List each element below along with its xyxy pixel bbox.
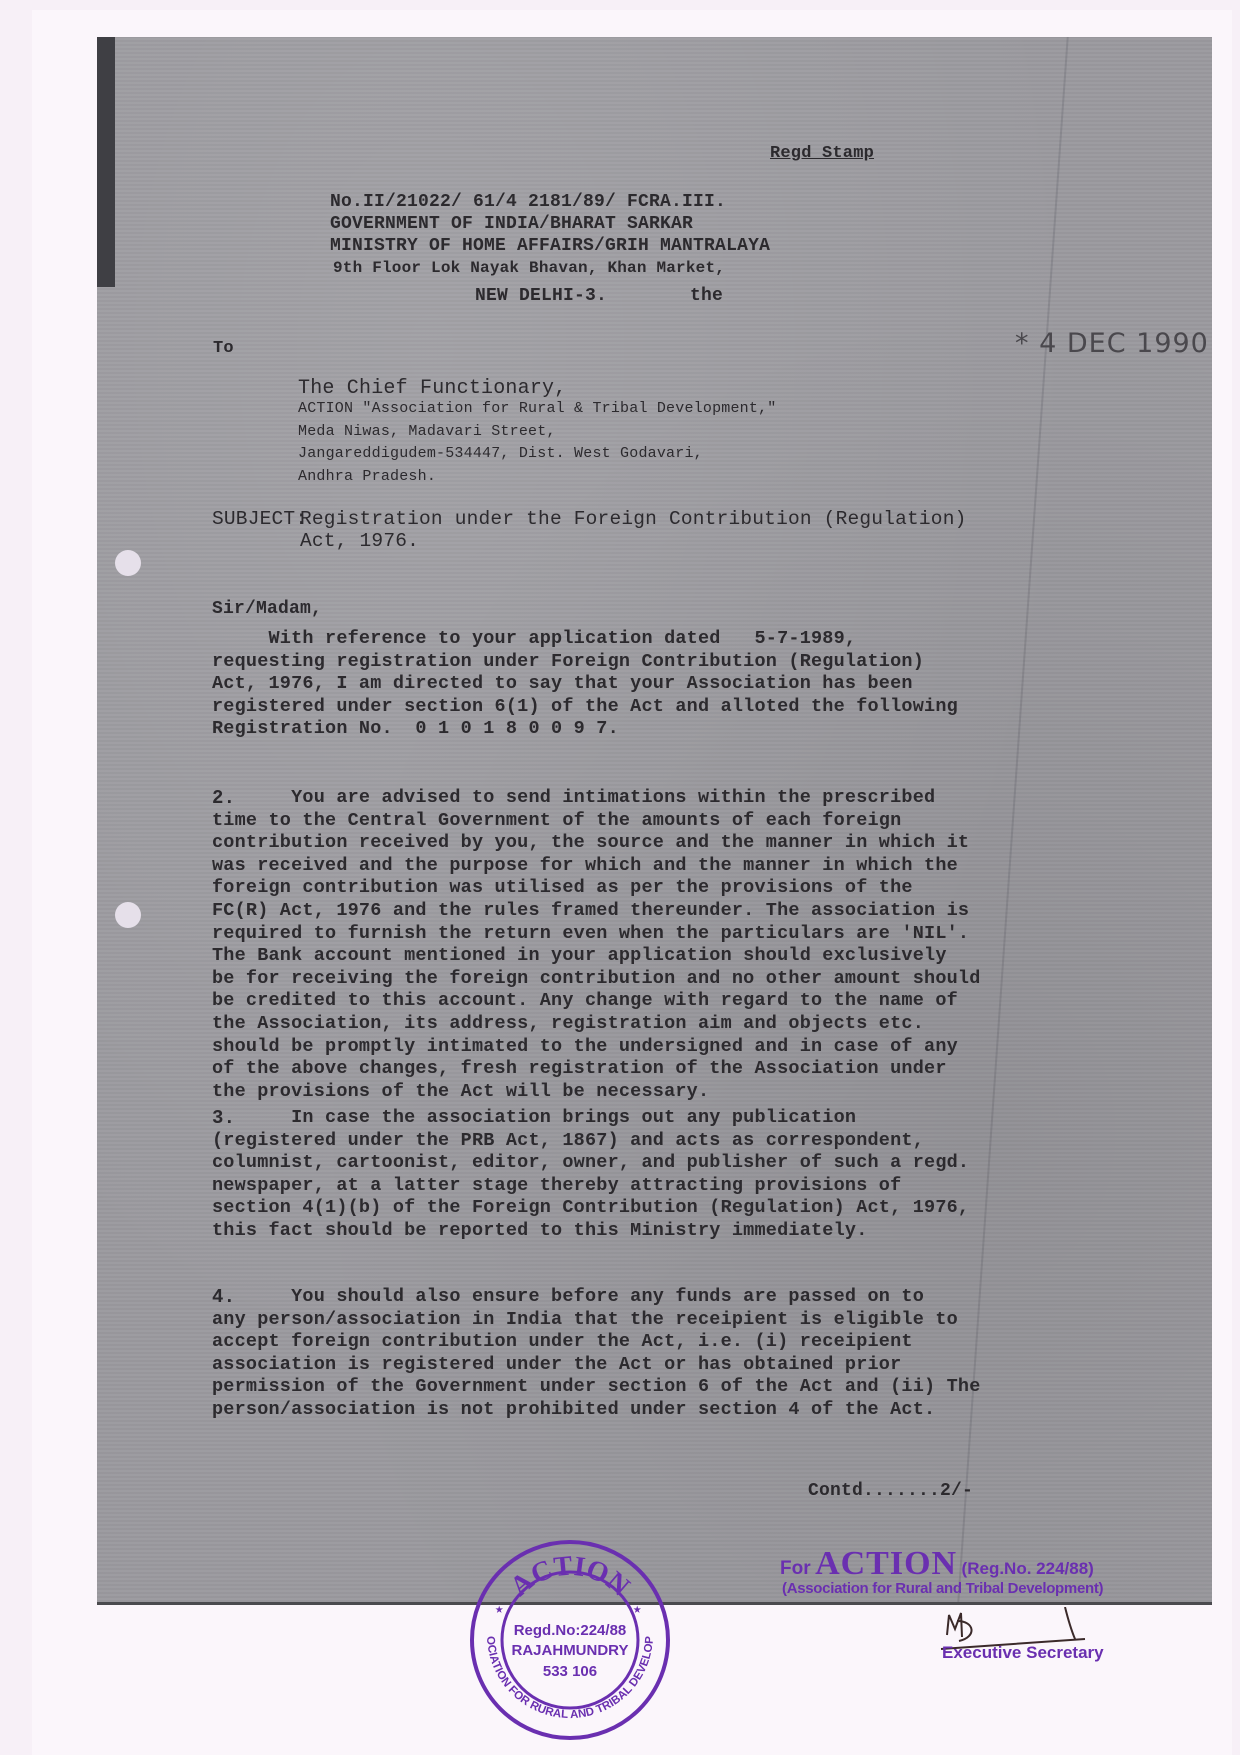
paragraph-line: columnist, cartoonist, editor, owner, an…: [212, 1152, 969, 1175]
addressee-line: Jangareddigudem-534447, Dist. West Godav…: [298, 443, 703, 466]
header-address: 9th Floor Lok Nayak Bhavan, Khan Market,: [333, 257, 725, 280]
header-city: NEW DELHI-3.: [475, 285, 607, 308]
paragraph-line: the Association, its address, registrati…: [212, 1013, 924, 1036]
paragraph-line: of the above changes, fresh registration…: [212, 1058, 947, 1081]
paragraph-line: section 4(1)(b) of the Foreign Contribut…: [212, 1197, 969, 1220]
paragraph-line: person/association is not prohibited und…: [212, 1399, 935, 1422]
date-stamp: * 4 DEC 1990: [1015, 328, 1209, 359]
org-reg-no: (Reg.No. 224/88): [962, 1559, 1094, 1578]
paragraph-line: foreign contribution was utilised as per…: [212, 877, 913, 900]
seal-pincode: 533 106: [543, 1663, 597, 1680]
paragraph-line: requesting registration under Foreign Co…: [212, 651, 924, 674]
paragraph-line: (registered under the PRB Act, 1867) and…: [212, 1130, 924, 1153]
paragraph-line: was received and the purpose for which a…: [212, 855, 958, 878]
seal-top-text: ACTION: [504, 1550, 635, 1602]
paragraph-line: newspaper, at a latter stage thereby att…: [212, 1175, 901, 1198]
paragraph-line: contribution received by you, the source…: [212, 832, 969, 855]
paragraph-line: registered under section 6(1) of the Act…: [212, 696, 958, 719]
fold-crease: [957, 37, 1068, 1602]
addressee-line: Andhra Pradesh.: [298, 466, 436, 489]
paragraph-line: be for receiving the foreign contributio…: [212, 968, 981, 991]
org-name: ACTION: [815, 1545, 957, 1582]
subject-line: Act, 1976.: [300, 530, 419, 553]
seal-city: RAJAHMUNDRY: [512, 1642, 629, 1659]
header-date-prefix: the: [690, 285, 723, 308]
registered-mark: Regd Stamp: [770, 143, 874, 166]
addressee-line: ACTION "Association for Rural & Tribal D…: [298, 398, 776, 421]
reference-number: No.II/21022/ 61/4 2181/89/ FCRA.III.: [330, 191, 726, 214]
paragraph-line: any person/association in India that the…: [212, 1309, 958, 1332]
punch-hole-icon: [115, 902, 141, 928]
paragraph-line: FC(R) Act, 1976 and the rules framed the…: [212, 900, 969, 923]
paragraph-line: time to the Central Government of the am…: [212, 810, 901, 833]
paragraph-line: this fact should be reported to this Min…: [212, 1220, 868, 1243]
continued-note: Contd.......2/-: [808, 1480, 973, 1503]
paragraph-line: accept foreign contribution under the Ac…: [212, 1331, 913, 1354]
organization-seal: ACTION ASSOCIATION FOR RURAL AND TRIBAL …: [465, 1535, 675, 1745]
attestation-stamp: For ACTION (Reg.No. 224/88): [780, 1545, 1094, 1583]
paragraph-line: You should also ensure before any funds …: [212, 1286, 924, 1309]
paragraph-line: the provisions of the Act will be necess…: [212, 1081, 709, 1104]
binding-mark: [97, 37, 115, 287]
paragraph-line: With reference to your application dated…: [212, 628, 856, 651]
star-icon: ★: [495, 1602, 504, 1618]
paragraph-line: be credited to this account. Any change …: [212, 990, 958, 1013]
paragraph-line: should be promptly intimated to the unde…: [212, 1036, 958, 1059]
org-full-name: (Association for Rural and Tribal Develo…: [782, 1580, 1103, 1597]
paragraph-line: You are advised to send intimations with…: [212, 787, 935, 810]
designation: Executive Secretary: [942, 1643, 1104, 1663]
header-ministry: MINISTRY OF HOME AFFAIRS/GRIH MANTRALAYA: [330, 235, 770, 258]
subject-label: SUBJECT:: [212, 508, 307, 531]
paragraph-line: permission of the Government under secti…: [212, 1376, 981, 1399]
to-label: To: [213, 338, 234, 361]
star-icon: ★: [633, 1602, 642, 1618]
subject-line: Registration under the Foreign Contribut…: [300, 508, 967, 531]
header-govt: GOVERNMENT OF INDIA/BHARAT SARKAR: [330, 213, 693, 236]
paragraph-line: association is registered under the Act …: [212, 1354, 901, 1377]
paragraph-line: Act, 1976, I am directed to say that you…: [212, 673, 913, 696]
paragraph-line: Registration No. 0 1 0 1 8 0 0 9 7.: [212, 718, 619, 741]
salutation: Sir/Madam,: [212, 598, 322, 621]
seal-reg-no: Regd.No:224/88: [514, 1622, 627, 1639]
date-stamp-value: 4 DEC 1990: [1039, 328, 1209, 359]
paragraph-line: In case the association brings out any p…: [212, 1107, 856, 1130]
for-label: For: [780, 1558, 811, 1579]
addressee-line: Meda Niwas, Madavari Street,: [298, 421, 556, 444]
paragraph-line: The Bank account mentioned in your appli…: [212, 945, 947, 968]
paragraph-line: required to furnish the return even when…: [212, 923, 969, 946]
svg-text:ACTION: ACTION: [504, 1550, 635, 1602]
punch-hole-icon: [115, 550, 141, 576]
